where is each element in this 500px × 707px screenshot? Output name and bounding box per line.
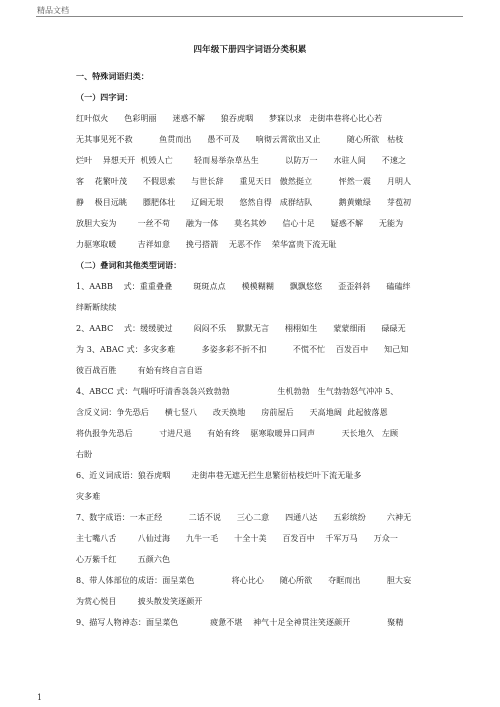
text-line: 静 极目远眺 膘肥体壮 辽阔无垠 悠然自得 成群结队 鹅黄嫩绿 芽苞初 bbox=[76, 197, 411, 208]
text-line: 右盼 bbox=[76, 449, 92, 460]
text-line: 红叶似火 色彩明丽 迷惑不解 狼吞虎咽 梦寐以求 走街串巷将心比心若 bbox=[76, 113, 382, 124]
section-heading: （一）四字词： bbox=[76, 92, 133, 103]
text-line: 7、数字成语：一本正经 二话不说 三心二意 四通八达 五彩缤纷 六神无 bbox=[76, 512, 411, 523]
text-line: 客 花繁叶茂 不假思索 与世长辞 重见天日 傲然挺立 怦然一震 月明人 bbox=[76, 176, 411, 187]
page-number: 1 bbox=[37, 693, 42, 702]
text-line: 2、AABC 式：缓缓驶过 闷闷不乐 默默无言 栩栩如生 蒙蒙细雨 碌碌无 bbox=[76, 323, 406, 334]
text-line: 为 3、ABAC 式：多灾多难 多姿多彩不折不扣 不慌不忙 百发百中 知己知 bbox=[76, 344, 408, 355]
text-line: 6、近义词成语：狼吞虎咽 走街串巷无遮无拦生息繁衍枯枝烂叶下流无耻多 bbox=[76, 470, 362, 481]
text-line: 力驱寒取暖 吉祥如意 挽弓搭箭 无恶不作 荣华富贵下流无耻 bbox=[76, 239, 337, 250]
text-line: 8、带人体部位的成语：面呈菜色 将心比心 随心所欲 夺眶而出 胆大妄 bbox=[76, 575, 411, 586]
text-line: 烂叶 异想天开 机毁人亡 轻而易举杂草丛生 以防万一 水驻人间 不速之 bbox=[76, 155, 406, 166]
text-line: 无其事见死不救 鱼贯而出 愚不可及 响彻云霄欲出又止 随心所欲 枯枝 bbox=[76, 134, 403, 145]
text-line: 彼百战百胜 有始有终自言自语 bbox=[76, 365, 202, 376]
text-line: 灾多难 bbox=[76, 491, 100, 502]
text-line: 放胆大妄为 一丝不苟 融为一体 莫名其妙 信心十足 疑惑不解 无能为 bbox=[76, 218, 403, 229]
text-line: 9、描写人物神态：面呈菜色 疲惫不堪 神气十足全神贯注笑逐颜开 聚精 bbox=[76, 617, 403, 628]
document-title: 四年级下册四字词语分类积累 bbox=[0, 43, 500, 55]
header-divider bbox=[36, 16, 463, 17]
text-line: 绊断断续续 bbox=[76, 302, 117, 313]
section-heading: （二）叠词和其他类型词语： bbox=[76, 260, 181, 271]
text-line: 1、AABB 式：重重叠叠 斑斑点点 模模糊糊 飘飘悠悠 歪歪斜斜 磕磕绊 bbox=[76, 281, 411, 292]
text-line: 含反义词：争先恐后 横七竖八 改天换地 房前屋后 天高地阔 此起彼落恩 bbox=[76, 407, 388, 418]
section-heading: 一、特殊词语归类： bbox=[76, 71, 149, 82]
running-header: 精品文档 bbox=[37, 5, 69, 16]
text-line: 为赏心悦目 披头散发笑逐颜开 bbox=[76, 596, 202, 607]
text-line: 将仇报争先恐后 寸进尺退 有始有终 驱寒取暖异口同声 天长地久 左顾 bbox=[76, 428, 398, 439]
text-line: 心万紫千红 五颜六色 bbox=[76, 554, 170, 565]
text-line: 4、ABCC 式：气喘吁吁清香袅袅兴致勃勃 生机勃勃 生气勃勃怒气冲冲 5、 bbox=[76, 386, 398, 397]
text-line: 主七嘴八舌 八仙过海 九牛一毛 十全十美 百发百中 千军万马 万众一 bbox=[76, 533, 398, 544]
